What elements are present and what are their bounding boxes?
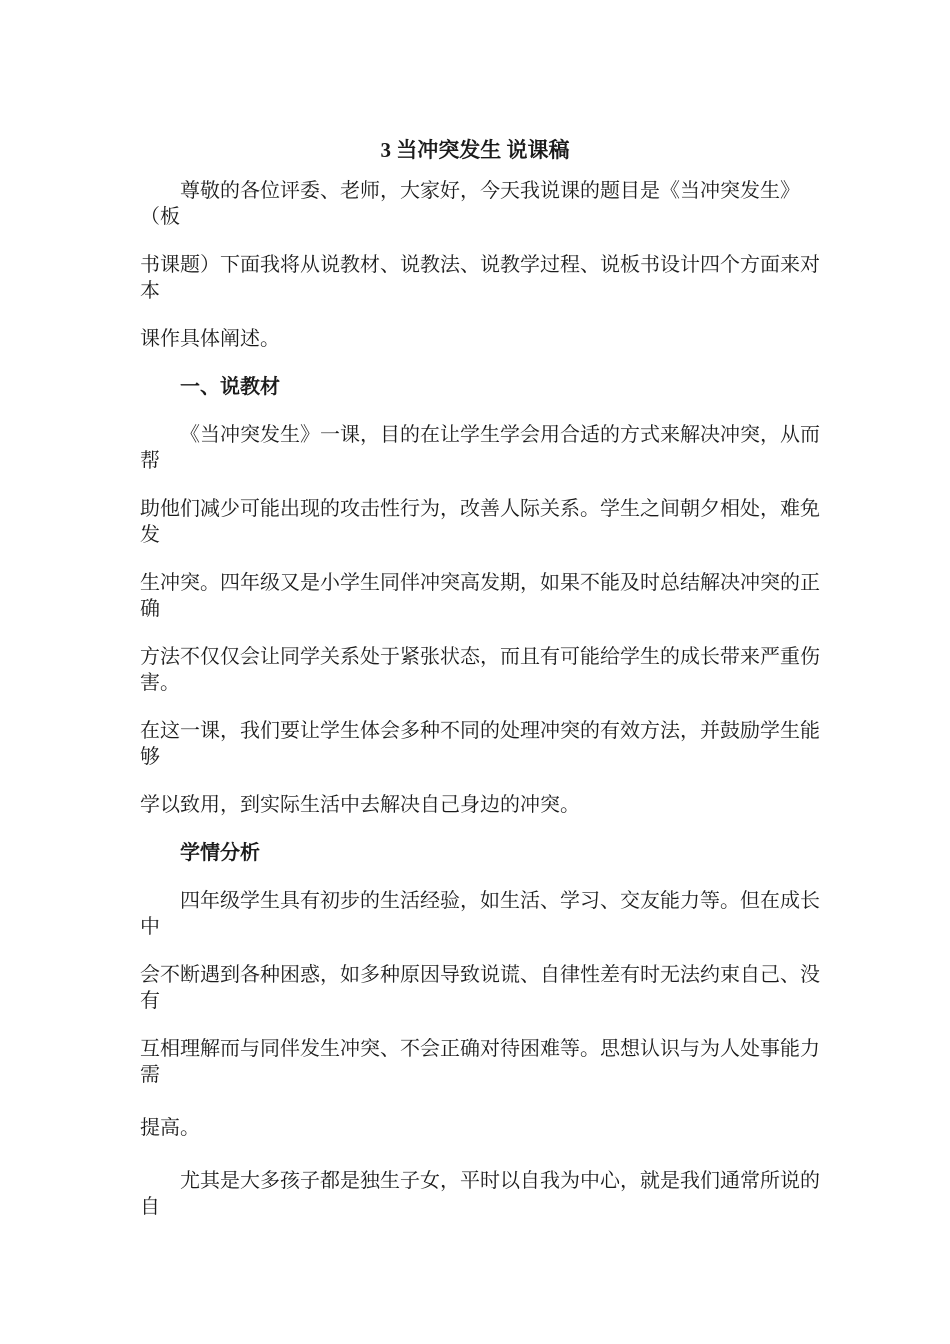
text-line: 学情分析 (140, 840, 860, 866)
text-line: 帮 (140, 448, 860, 474)
section-heading-xueqing-fenxi: 学情分析 (140, 840, 860, 866)
text-line: 在这一课，我们要让学生体会多种不同的处理冲突的有效方法，并鼓励学生能 (140, 718, 860, 744)
paragraph: 生冲突。四年级又是小学生同伴冲突高发期，如果不能及时总结解决冲突的正 确 (140, 570, 860, 622)
paragraph: 在这一课，我们要让学生体会多种不同的处理冲突的有效方法，并鼓励学生能 够 (140, 718, 860, 770)
text-line: 够 (140, 744, 860, 770)
text-line: 发 (140, 522, 860, 548)
text-line: 自 (140, 1194, 860, 1220)
paragraph: 课作具体阐述。 (140, 326, 860, 352)
paragraph: 学以致用，到实际生活中去解决自己身边的冲突。 (140, 792, 860, 818)
document-page: 3 当冲突发生 说课稿 尊敬的各位评委、老师，大家好，今天我说课的题目是《当冲突… (0, 0, 950, 1344)
text-line: 本 (140, 278, 860, 304)
document-content: 3 当冲突发生 说课稿 尊敬的各位评委、老师，大家好，今天我说课的题目是《当冲突… (0, 0, 950, 1220)
text-line: 中 (140, 914, 860, 940)
paragraph: 方法不仅仅会让同学关系处于紧张状态，而且有可能给学生的成长带来严重伤 害。 (140, 644, 860, 696)
paragraph: 提高。 (140, 1115, 860, 1141)
text-line: 方法不仅仅会让同学关系处于紧张状态，而且有可能给学生的成长带来严重伤 (140, 644, 860, 670)
text-line: 一、说教材 (140, 374, 860, 400)
paragraph: 四年级学生具有初步的生活经验，如生活、学习、交友能力等。但在成长 中 (140, 888, 860, 940)
text-line: 学以致用，到实际生活中去解决自己身边的冲突。 (140, 792, 860, 818)
text-line: 提高。 (140, 1115, 860, 1141)
paragraph: 会不断遇到各种困惑，如多种原因导致说谎、自律性差有时无法约束自己、没 有 (140, 962, 860, 1014)
text-line: 生冲突。四年级又是小学生同伴冲突高发期，如果不能及时总结解决冲突的正 (140, 570, 860, 596)
text-line: （板 (140, 204, 860, 230)
text-line: 确 (140, 596, 860, 622)
paragraph: 互相理解而与同伴发生冲突、不会正确对待困难等。思想认识与为人处事能力 需 (140, 1036, 860, 1088)
paragraph: 尤其是大多孩子都是独生子女，平时以自我为中心，就是我们通常所说的 自 (140, 1168, 860, 1220)
document-title: 3 当冲突发生 说课稿 (0, 137, 950, 163)
paragraph: 尊敬的各位评委、老师，大家好，今天我说课的题目是《当冲突发生》 （板 (140, 178, 860, 230)
paragraph: 助他们减少可能出现的攻击性行为，改善人际关系。学生之间朝夕相处，难免 发 (140, 496, 860, 548)
text-line: 需 (140, 1062, 860, 1088)
text-line: 助他们减少可能出现的攻击性行为，改善人际关系。学生之间朝夕相处，难免 (140, 496, 860, 522)
text-line: 四年级学生具有初步的生活经验，如生活、学习、交友能力等。但在成长 (140, 888, 860, 914)
text-line: 课作具体阐述。 (140, 326, 860, 352)
text-line: 有 (140, 988, 860, 1014)
text-line: 尤其是大多孩子都是独生子女，平时以自我为中心，就是我们通常所说的 (140, 1168, 860, 1194)
paragraph: 书课题）下面我将从说教材、说教法、说教学过程、说板书设计四个方面来对 本 (140, 252, 860, 304)
text-line: 互相理解而与同伴发生冲突、不会正确对待困难等。思想认识与为人处事能力 (140, 1036, 860, 1062)
text-line: 害。 (140, 670, 860, 696)
text-line: 书课题）下面我将从说教材、说教法、说教学过程、说板书设计四个方面来对 (140, 252, 860, 278)
paragraph: 《当冲突发生》一课，目的在让学生学会用合适的方式来解决冲突，从而 帮 (140, 422, 860, 474)
text-line: 会不断遇到各种困惑，如多种原因导致说谎、自律性差有时无法约束自己、没 (140, 962, 860, 988)
text-line: 尊敬的各位评委、老师，大家好，今天我说课的题目是《当冲突发生》 (140, 178, 860, 204)
text-line: 《当冲突发生》一课，目的在让学生学会用合适的方式来解决冲突，从而 (140, 422, 860, 448)
section-heading-shuo-jiaocai: 一、说教材 (140, 374, 860, 400)
